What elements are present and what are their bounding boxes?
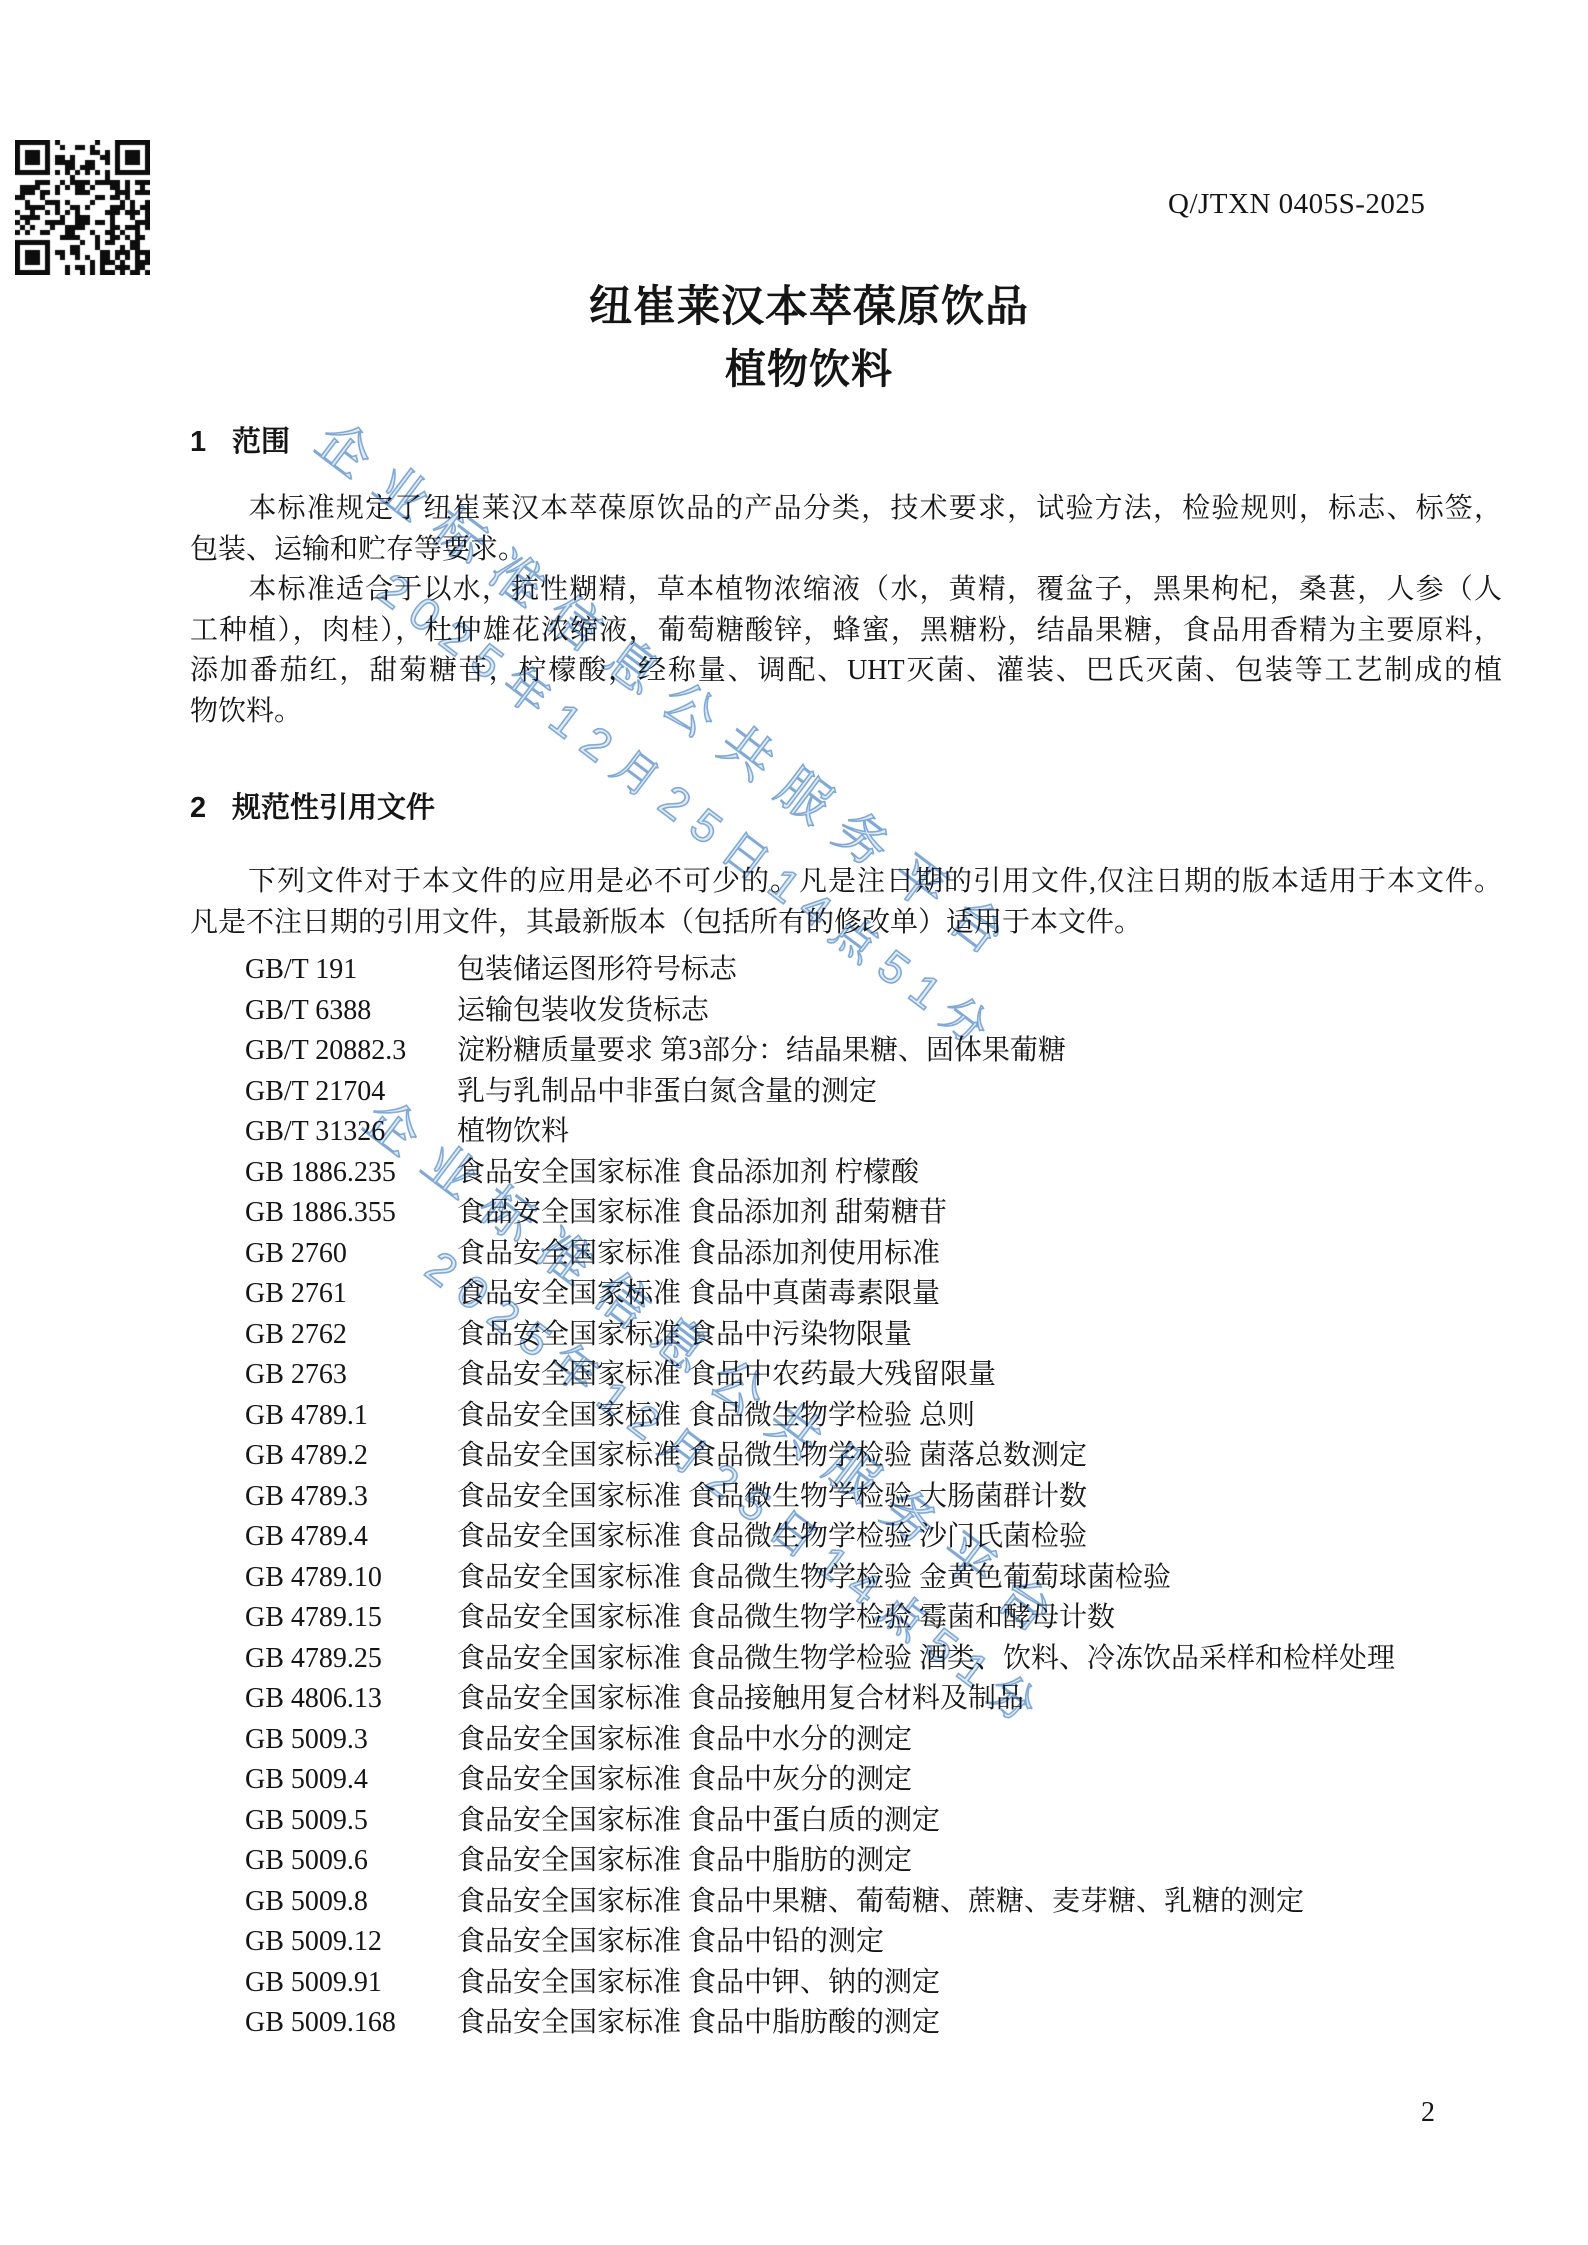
reference-code: GB 4789.4 [245,1517,457,1558]
reference-row: GB/T 20882.3 淀粉糖质量要求 第3部分：结晶果糖、固体果葡糖 [245,1031,1545,1072]
section-number: 1 [190,428,232,457]
reference-row: GB 2763 食品安全国家标准 食品中农药最大残留限量 [245,1355,1545,1396]
reference-code: GB 4789.15 [245,1598,457,1639]
reference-title: 食品安全国家标准 食品中脂肪的测定 [457,1841,1545,1882]
reference-title: 食品安全国家标准 食品中农药最大残留限量 [457,1355,1545,1396]
reference-code: GB 4789.3 [245,1477,457,1518]
reference-code: GB 4789.25 [245,1639,457,1680]
reference-title: 食品安全国家标准 食品微生物学检验 金黄色葡萄球菌检验 [457,1558,1545,1599]
reference-code: GB/T 191 [245,950,457,991]
reference-code: GB 4806.13 [245,1679,457,1720]
reference-title: 包装储运图形符号标志 [457,950,1545,991]
reference-row: GB 5009.168 食品安全国家标准 食品中脂肪酸的测定 [245,2003,1545,2044]
reference-title: 食品安全国家标准 食品微生物学检验 大肠菌群计数 [457,1477,1545,1518]
reference-row: GB 4789.15 食品安全国家标准 食品微生物学检验 霉菌和酵母计数 [245,1598,1545,1639]
reference-code: GB 5009.4 [245,1760,457,1801]
reference-title: 食品安全国家标准 食品添加剂使用标准 [457,1234,1545,1275]
body-line: 本标准适合于以水，抗性糊精，草本植物浓缩液（水，黄精，覆盆子，黑果枸杞，桑葚，人… [190,570,1502,611]
reference-code: GB 4789.2 [245,1436,457,1477]
reference-row: GB 5009.8 食品安全国家标准 食品中果糖、葡萄糖、蔗糖、麦芽糖、乳糖的测… [245,1882,1545,1923]
references-intro-paragraph: 下列文件对于本文件的应用是必不可少的。凡是注日期的引用文件,仅注日期的版本适用于… [190,862,1502,943]
reference-code: GB 5009.8 [245,1882,457,1923]
reference-title: 食品安全国家标准 食品中水分的测定 [457,1720,1545,1761]
reference-title: 食品安全国家标准 食品中蛋白质的测定 [457,1801,1545,1842]
section-label: 范围 [232,428,290,457]
page-number: 2 [1421,2097,1435,2129]
reference-title: 植物饮料 [457,1112,1545,1153]
reference-row: GB 4789.2 食品安全国家标准 食品微生物学检验 菌落总数测定 [245,1436,1545,1477]
reference-title: 运输包装收发货标志 [457,991,1545,1032]
reference-title: 食品安全国家标准 食品中污染物限量 [457,1315,1545,1356]
reference-code: GB 2762 [245,1315,457,1356]
reference-title: 食品安全国家标准 食品微生物学检验 沙门氏菌检验 [457,1517,1545,1558]
reference-code: GB/T 6388 [245,991,457,1032]
reference-row: GB 2762 食品安全国家标准 食品中污染物限量 [245,1315,1545,1356]
reference-title: 淀粉糖质量要求 第3部分：结晶果糖、固体果葡糖 [457,1031,1545,1072]
reference-code: GB/T 31326 [245,1112,457,1153]
reference-code: GB 5009.12 [245,1922,457,1963]
reference-row: GB 1886.235 食品安全国家标准 食品添加剂 柠檬酸 [245,1153,1545,1194]
reference-title: 食品安全国家标准 食品接触用复合材料及制品 [457,1679,1545,1720]
scope-paragraph-1: 本标准规定了纽崔莱汉本萃葆原饮品的产品分类，技术要求，试验方法，检验规则，标志、… [190,489,1502,570]
reference-row: GB 4789.25 食品安全国家标准 食品微生物学检验 酒类、饮料、冷冻饮品采… [245,1639,1545,1680]
reference-row: GB/T 6388 运输包装收发货标志 [245,991,1545,1032]
scope-paragraph-2: 本标准适合于以水，抗性糊精，草本植物浓缩液（水，黄精，覆盆子，黑果枸杞，桑葚，人… [190,570,1502,732]
reference-row: GB 2761 食品安全国家标准 食品中真菌毒素限量 [245,1274,1545,1315]
body-line: 添加番茄红，甜菊糖苷，柠檬酸，经称量、调配、UHT灭菌、灌装、巴氏灭菌、包装等工… [190,651,1502,692]
reference-code: GB/T 21704 [245,1072,457,1113]
reference-title: 食品安全国家标准 食品中钾、钠的测定 [457,1963,1545,2004]
reference-title: 食品安全国家标准 食品中果糖、葡萄糖、蔗糖、麦芽糖、乳糖的测定 [457,1882,1545,1923]
reference-code: GB 1886.355 [245,1193,457,1234]
reference-title: 食品安全国家标准 食品微生物学检验 酒类、饮料、冷冻饮品采样和检样处理 [457,1639,1545,1680]
reference-row: GB 4789.3 食品安全国家标准 食品微生物学检验 大肠菌群计数 [245,1477,1545,1518]
section-heading-references: 2 规范性引用文件 [190,794,435,823]
reference-row: GB 5009.5 食品安全国家标准 食品中蛋白质的测定 [245,1801,1545,1842]
body-line: 包装、运输和贮存等要求。 [190,530,1502,571]
body-line: 凡是不注日期的引用文件，其最新版本（包括所有的修改单）适用于本文件。 [190,903,1502,944]
reference-title: 食品安全国家标准 食品中真菌毒素限量 [457,1274,1545,1315]
reference-title: 食品安全国家标准 食品微生物学检验 总则 [457,1396,1545,1437]
reference-row: GB/T 21704 乳与乳制品中非蛋白氮含量的测定 [245,1072,1545,1113]
qr-code [15,140,150,275]
standard-document-page: { "page": { "doc_number": "Q/JTXN 0405S-… [0,0,1588,2245]
reference-row: GB 5009.4 食品安全国家标准 食品中灰分的测定 [245,1760,1545,1801]
reference-code: GB 5009.6 [245,1841,457,1882]
reference-row: GB 1886.355 食品安全国家标准 食品添加剂 甜菊糖苷 [245,1193,1545,1234]
reference-row: GB/T 191 包装储运图形符号标志 [245,950,1545,991]
section-heading-scope: 1 范围 [190,428,290,457]
reference-title: 食品安全国家标准 食品添加剂 柠檬酸 [457,1153,1545,1194]
reference-row: GB 4789.10 食品安全国家标准 食品微生物学检验 金黄色葡萄球菌检验 [245,1558,1545,1599]
reference-code: GB 1886.235 [245,1153,457,1194]
reference-row: GB 2760 食品安全国家标准 食品添加剂使用标准 [245,1234,1545,1275]
reference-title: 乳与乳制品中非蛋白氮含量的测定 [457,1072,1545,1113]
reference-code: GB/T 20882.3 [245,1031,457,1072]
reference-code: GB 5009.91 [245,1963,457,2004]
reference-row: GB 4789.4 食品安全国家标准 食品微生物学检验 沙门氏菌检验 [245,1517,1545,1558]
reference-row: GB 4789.1 食品安全国家标准 食品微生物学检验 总则 [245,1396,1545,1437]
reference-title: 食品安全国家标准 食品中脂肪酸的测定 [457,2003,1545,2044]
reference-code: GB 2763 [245,1355,457,1396]
reference-code: GB 2761 [245,1274,457,1315]
reference-row: GB 4806.13 食品安全国家标准 食品接触用复合材料及制品 [245,1679,1545,1720]
body-line: 下列文件对于本文件的应用是必不可少的。凡是注日期的引用文件,仅注日期的版本适用于… [190,862,1502,903]
reference-title: 食品安全国家标准 食品微生物学检验 霉菌和酵母计数 [457,1598,1545,1639]
body-line: 物饮料。 [190,692,1502,733]
references-list: GB/T 191 包装储运图形符号标志 GB/T 6388 运输包装收发货标志 … [245,950,1545,2044]
reference-code: GB 4789.1 [245,1396,457,1437]
standard-number: Q/JTXN 0405S-2025 [1168,188,1425,221]
reference-code: GB 5009.5 [245,1801,457,1842]
body-line: 本标准规定了纽崔莱汉本萃葆原饮品的产品分类，技术要求，试验方法，检验规则，标志、… [190,489,1502,530]
document-title-line1: 纽崔莱汉本萃葆原饮品 [0,283,1588,332]
reference-code: GB 4789.10 [245,1558,457,1599]
reference-row: GB 5009.6 食品安全国家标准 食品中脂肪的测定 [245,1841,1545,1882]
reference-title: 食品安全国家标准 食品微生物学检验 菌落总数测定 [457,1436,1545,1477]
section-label: 规范性引用文件 [232,794,435,823]
document-title-line2: 植物饮料 [0,346,1588,393]
reference-code: GB 2760 [245,1234,457,1275]
reference-row: GB 5009.12 食品安全国家标准 食品中铅的测定 [245,1922,1545,1963]
reference-title: 食品安全国家标准 食品中灰分的测定 [457,1760,1545,1801]
reference-code: GB 5009.3 [245,1720,457,1761]
section-number: 2 [190,794,232,823]
reference-row: GB 5009.91 食品安全国家标准 食品中钾、钠的测定 [245,1963,1545,2004]
body-line: 工种植），肉桂），杜仲雄花浓缩液，葡萄糖酸锌，蜂蜜，黑糖粉，结晶果糖，食品用香精… [190,611,1502,652]
reference-row: GB 5009.3 食品安全国家标准 食品中水分的测定 [245,1720,1545,1761]
reference-row: GB/T 31326 植物饮料 [245,1112,1545,1153]
reference-code: GB 5009.168 [245,2003,457,2044]
reference-title: 食品安全国家标准 食品添加剂 甜菊糖苷 [457,1193,1545,1234]
reference-title: 食品安全国家标准 食品中铅的测定 [457,1922,1545,1963]
